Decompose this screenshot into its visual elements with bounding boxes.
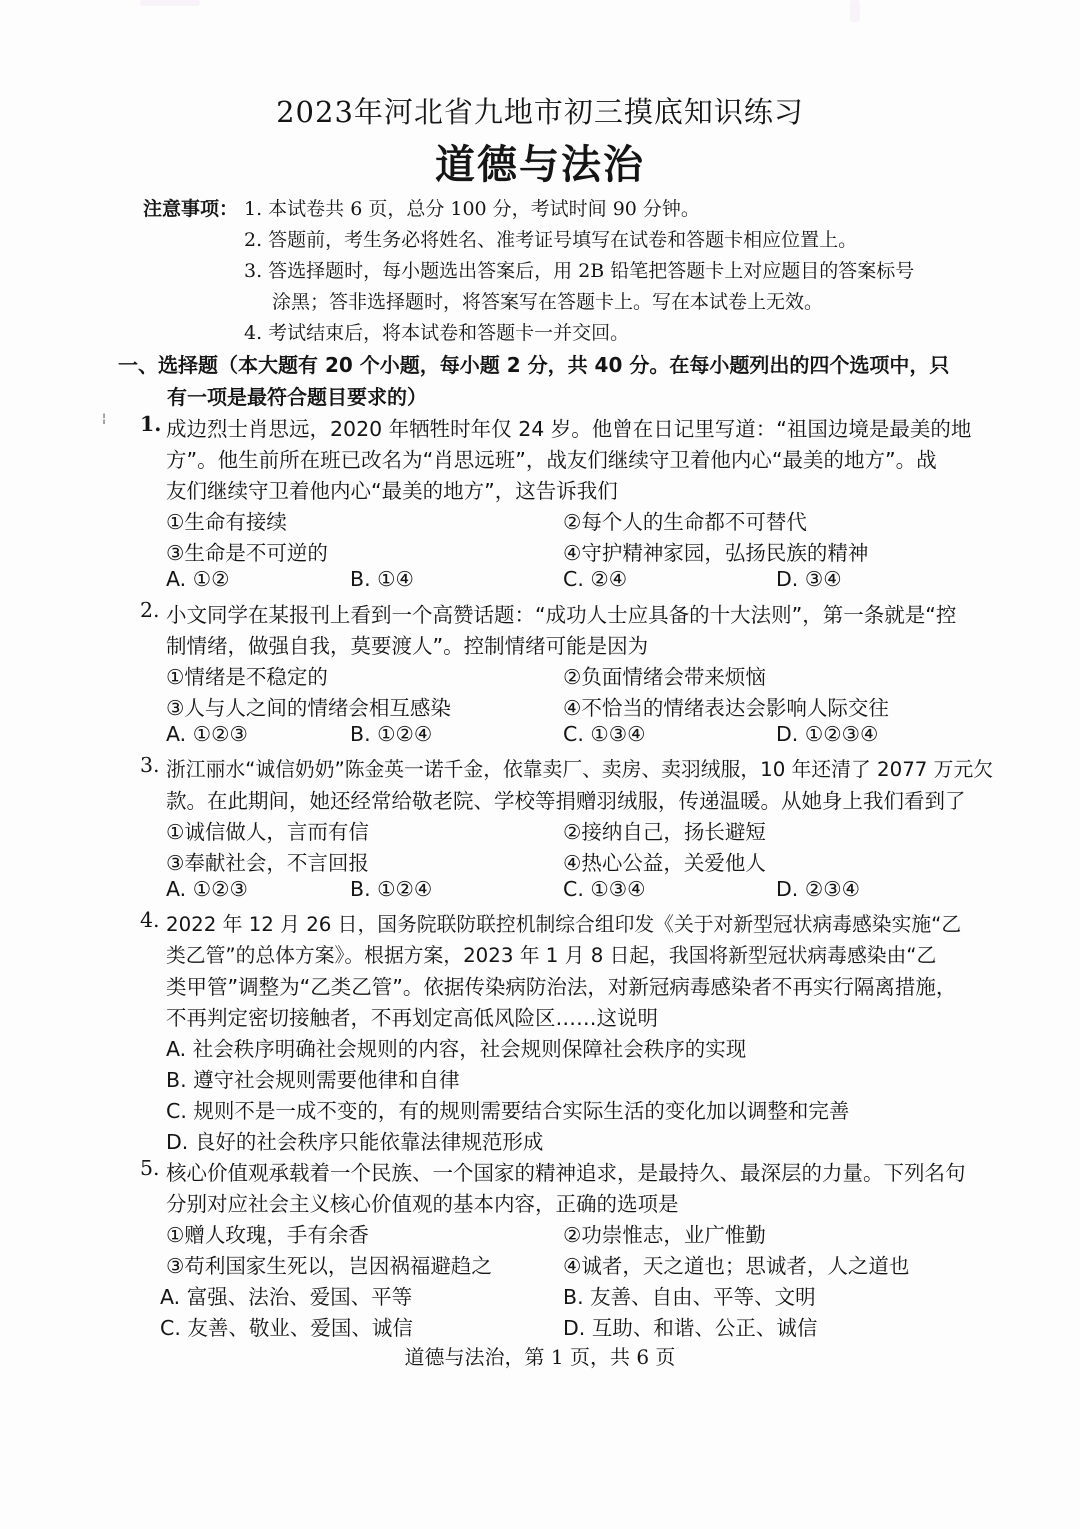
answer-option-a[interactable]: A. ①②③ <box>166 722 248 746</box>
section-heading: 一、选择题（本大题有 20 个小题，每小题 2 分，共 40 分。在每小题列出的… <box>118 349 949 378</box>
statement: ①生命有接续 <box>166 505 287 535</box>
question-stem: 2022 年 12 月 26 日，国务院联防联控机制综合组印发《关于对新型冠状病… <box>166 908 961 937</box>
answer-option-b[interactable]: B. ①④ <box>350 567 414 591</box>
page-footer: 道德与法治，第 1 页，共 6 页 <box>0 1341 1080 1370</box>
notice-item: 1. 本试卷共 6 页，总分 100 分，考试时间 90 分钟。 <box>244 194 700 221</box>
answer-option-d[interactable]: D. 良好的社会秩序只能依靠法律规范形成 <box>166 1125 543 1155</box>
statement: ②负面情绪会带来烦恼 <box>563 660 766 690</box>
question-stem: 小文同学在某报刊上看到一个高赞话题：“成功人士应具备的十大法则”，第一条就是“控 <box>166 598 956 628</box>
answer-option-a[interactable]: A. 富强、法治、爱国、平等 <box>160 1280 412 1310</box>
statement: ④热心公益，关爱他人 <box>563 846 766 876</box>
margin-mark: ¦ <box>102 411 106 425</box>
question-number: 5. <box>140 1156 160 1180</box>
answer-option-c[interactable]: C. ①③④ <box>563 722 645 746</box>
statement: ④诚者，天之道也；思诚者，人之道也 <box>563 1249 909 1279</box>
statement: ③苟利国家生死以，岂因祸福避趋之 <box>166 1249 492 1279</box>
answer-option-c[interactable]: C. ①③④ <box>563 877 645 901</box>
scan-smudge <box>140 0 200 6</box>
statement: ①赠人玫瑰，手有余香 <box>166 1218 369 1248</box>
notice-item: 涂黑；答非选择题时，将答案写在答题卡上。写在本试卷上无效。 <box>272 287 823 314</box>
question-number: 1. <box>140 412 161 436</box>
answer-option-d[interactable]: D. ③④ <box>776 567 842 591</box>
question-stem: 类甲管”调整为“乙类乙管”。依据传染病防治法，对新冠病毒感染者不再实行隔离措施， <box>166 970 956 1000</box>
statement: ③人与人之间的情绪会相互感染 <box>166 691 451 721</box>
question-stem: 核心价值观承载着一个民族、一个国家的精神追求，是最持久、最深层的力量。下列名句 <box>166 1156 966 1186</box>
statement: ①情绪是不稳定的 <box>166 660 328 690</box>
question-stem: 分别对应社会主义核心价值观的基本内容，正确的选项是 <box>166 1187 679 1217</box>
answer-option-d[interactable]: D. ②③④ <box>776 877 860 901</box>
answer-option-d[interactable]: D. 互助、和谐、公正、诚信 <box>563 1311 817 1341</box>
exam-page: 2023年河北省九地市初三摸底知识练习 道德与法治 注意事项： 1. 本试卷共 … <box>0 0 1080 1529</box>
question-stem: 制情绪，做强自我，莫要渡人”。控制情绪可能是因为 <box>166 629 648 659</box>
answer-option-b[interactable]: B. 友善、自由、平等、文明 <box>563 1280 816 1310</box>
question-stem: 成边烈士肖思远，2020 年牺牲时年仅 24 岁。他曾在日记里写道：“祖国边境是… <box>166 412 971 442</box>
statement: ②接纳自己，扬长避短 <box>563 815 766 845</box>
statement: ④守护精神家园，弘扬民族的精神 <box>563 536 868 566</box>
question-stem: 友们继续守卫着他内心“最美的地方”，这告诉我们 <box>166 474 618 504</box>
answer-option-a[interactable]: A. ①② <box>166 567 229 591</box>
section-heading-cont: 有一项是最符合题目要求的） <box>167 381 427 410</box>
answer-option-a[interactable]: A. ①②③ <box>166 877 248 901</box>
statement: ②功崇惟志，业广惟勤 <box>563 1218 766 1248</box>
question-stem: 类乙管”的总体方案》。根据方案，2023 年 1 月 8 日起，我国将新型冠状病… <box>166 939 936 968</box>
question-stem: 不再判定密切接触者，不再划定高低风险区……这说明 <box>166 1001 658 1031</box>
exam-subtitle: 2023年河北省九地市初三摸底知识练习 <box>0 90 1080 131</box>
notice-item: 2. 答题前，考生务必将姓名、准考证号填写在试卷和答题卡相应位置上。 <box>244 225 857 252</box>
statement: ①诚信做人，言而有信 <box>166 815 369 845</box>
answer-option-c[interactable]: C. ②④ <box>563 567 627 591</box>
question-number: 2. <box>140 598 160 622</box>
statement: ③生命是不可逆的 <box>166 536 328 566</box>
question-number: 3. <box>140 753 160 777</box>
exam-title: 道德与法治 <box>0 133 1080 190</box>
answer-option-d[interactable]: D. ①②③④ <box>776 722 878 746</box>
answer-option-b[interactable]: B. ①②④ <box>350 722 432 746</box>
answer-option-a[interactable]: A. 社会秩序明确社会规则的内容，社会规则保障社会秩序的实现 <box>166 1032 746 1062</box>
notice-item: 4. 考试结束后，将本试卷和答题卡一并交回。 <box>244 318 629 345</box>
answer-option-c[interactable]: C. 规则不是一成不变的，有的规则需要结合实际生活的变化加以调整和完善 <box>166 1094 849 1124</box>
statement: ③奉献社会，不言回报 <box>166 846 369 876</box>
answer-option-b[interactable]: B. 遵守社会规则需要他律和自律 <box>166 1063 460 1093</box>
question-stem: 浙江丽水“诚信奶奶”陈金英一诺千金，依靠卖厂、卖房、卖羽绒服，10 年还清了 2… <box>166 753 993 782</box>
scan-smudge <box>850 0 860 22</box>
notice-label: 注意事项： <box>143 194 238 221</box>
answer-option-c[interactable]: C. 友善、敬业、爱国、诚信 <box>160 1311 413 1341</box>
notice-item: 3. 答选择题时，每小题选出答案后，用 2B 铅笔把答题卡上对应题目的答案标号 <box>244 256 914 283</box>
answer-option-b[interactable]: B. ①②④ <box>350 877 432 901</box>
question-stem: 款。在此期间，她还经常给敬老院、学校等捐赠羽绒服，传递温暖。从她身上我们看到了 <box>166 784 966 814</box>
question-stem: 方”。他生前所在班已改名为“肖思远班”，战友们继续守卫着他内心“最美的地方”。战 <box>166 443 937 473</box>
question-number: 4. <box>140 908 160 932</box>
statement: ④不恰当的情绪表达会影响人际交往 <box>563 691 889 721</box>
statement: ②每个人的生命都不可替代 <box>563 505 807 535</box>
